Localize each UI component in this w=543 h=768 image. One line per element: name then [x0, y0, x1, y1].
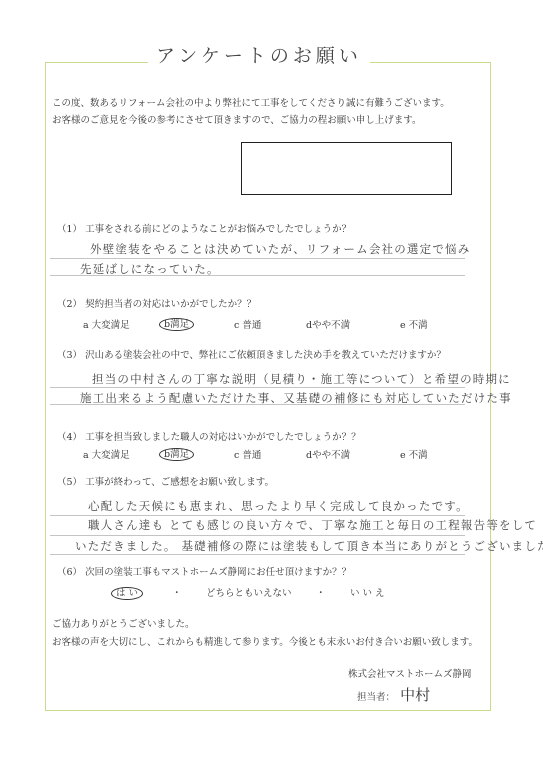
closing-line-2: お客様の声を大切にし、これからも精進して参ります。今後とも末永いお付き合いお願い…	[52, 636, 478, 649]
answer-rule	[50, 258, 465, 259]
question-2: （2） 契約担当者の対応はいかがでしたか？？	[57, 298, 256, 311]
question-number: （3）	[57, 350, 82, 361]
closing-line-1: ご協力ありがとうございました。	[52, 618, 195, 631]
staff-signature: 担当者： 中村	[357, 684, 430, 705]
q4-option-c[interactable]: c 普通	[234, 447, 261, 461]
q2-option-b-selected[interactable]: b満足	[164, 316, 194, 330]
answer-3-line-2: 施工出来るよう配慮いただけた事、又基礎の補修にも対応していただけた事	[80, 391, 512, 405]
separator-dot: ・	[316, 585, 326, 599]
answer-rule	[50, 387, 465, 388]
q6-option-no[interactable]: い い え	[350, 585, 385, 599]
question-3: （3） 沢山ある塗装会社の中で、弊社にご依頼頂きました決め手を教えていただけます…	[57, 349, 446, 362]
q2-option-d[interactable]: dやや不満	[306, 317, 350, 331]
selected-circle: b満足	[159, 318, 194, 331]
question-6: （6） 次回の塗装工事もマストホームズ静岡にお任せ頂けますか？？	[57, 566, 351, 579]
answer-rule	[50, 404, 465, 405]
question-number: （6）	[57, 567, 82, 578]
q4-option-e[interactable]: e 不満	[400, 447, 428, 461]
answer-5-line-1: 心配した天候にも恵まれ、思ったより早く完成して良かったです。	[88, 499, 469, 513]
answer-1-line-2: 先延ばしになっていた。	[80, 262, 220, 276]
q4-option-d[interactable]: dやや不満	[306, 447, 350, 461]
answer-3-line-1: 担当の中村さんの丁寧な説明（見積り・施工等について）と希望の時期に	[92, 372, 511, 386]
answer-5-line-3: いただきました。 基礎補修の際には塗装もして頂き本当にありがとうございました。	[75, 539, 543, 553]
intro-line-1: この度、数あるリフォーム会社の中より弊社にて工事をしてくださり誠に有難うございま…	[52, 97, 450, 110]
q4-option-a[interactable]: a 大変満足	[83, 447, 130, 461]
q6-option-yes-selected[interactable]: は い	[116, 585, 143, 599]
q6-option-undecided[interactable]: どちらともいえない	[206, 585, 292, 599]
staff-name: 中村	[400, 686, 430, 704]
question-text: 次回の塗装工事もマストホームズ静岡にお任せ頂けますか？？	[85, 567, 351, 578]
question-number: （5）	[57, 477, 82, 488]
intro-line-2: お客様のご意見を今後の参考にさせて頂きますので、ご協力の程お願い申し上げます。	[52, 114, 422, 127]
question-number: （1）	[57, 224, 82, 235]
selected-circle: は い	[111, 587, 143, 600]
answer-rule	[50, 554, 465, 555]
question-text: 契約担当者の対応はいかがでしたか？？	[85, 299, 256, 310]
staff-label: 担当者：	[357, 692, 395, 703]
question-number: （4）	[57, 432, 82, 443]
question-text: 沢山ある塗装会社の中で、弊社にご依頼頂きました決め手を教えていただけますか？	[85, 350, 446, 361]
answer-5-line-2: 職人さん達も とても感じの良い方々で、丁寧な施工と毎日の工程報告等をして	[88, 518, 537, 532]
answer-rule	[50, 535, 465, 536]
question-text: 工事が終わって、ご感想をお願い致します。	[85, 477, 274, 488]
answer-1-line-1: 外壁塗装をやることは決めていたが、リフォーム会社の選定で悩み	[90, 242, 470, 256]
answer-rule	[50, 515, 465, 516]
answer-rule	[50, 275, 465, 276]
question-4: （4） 工事を担当致しました職人の対応はいかがでしたでしょうか？？	[57, 431, 361, 444]
q4-option-b-selected[interactable]: b満足	[164, 446, 194, 460]
page-title: アンケートのお願い	[148, 44, 370, 68]
question-1: （1） 工事をされる前にどのようなことがお悩みでしたでしょうか？	[57, 223, 351, 236]
q2-option-a[interactable]: a 大変満足	[83, 317, 130, 331]
question-text: 工事をされる前にどのようなことがお悩みでしたでしょうか？	[85, 224, 351, 235]
q2-option-e[interactable]: e 不満	[400, 317, 428, 331]
question-text: 工事を担当致しました職人の対応はいかがでしたでしょうか？？	[85, 432, 361, 443]
question-5: （5） 工事が終わって、ご感想をお願い致します。	[57, 476, 274, 489]
separator-dot: ・	[172, 585, 182, 599]
q2-option-c[interactable]: c 普通	[234, 317, 261, 331]
selected-circle: b満足	[159, 448, 194, 461]
company-name: 株式会社マストホームズ静岡	[348, 668, 472, 681]
customer-name-box	[241, 142, 452, 195]
question-number: （2）	[57, 299, 82, 310]
